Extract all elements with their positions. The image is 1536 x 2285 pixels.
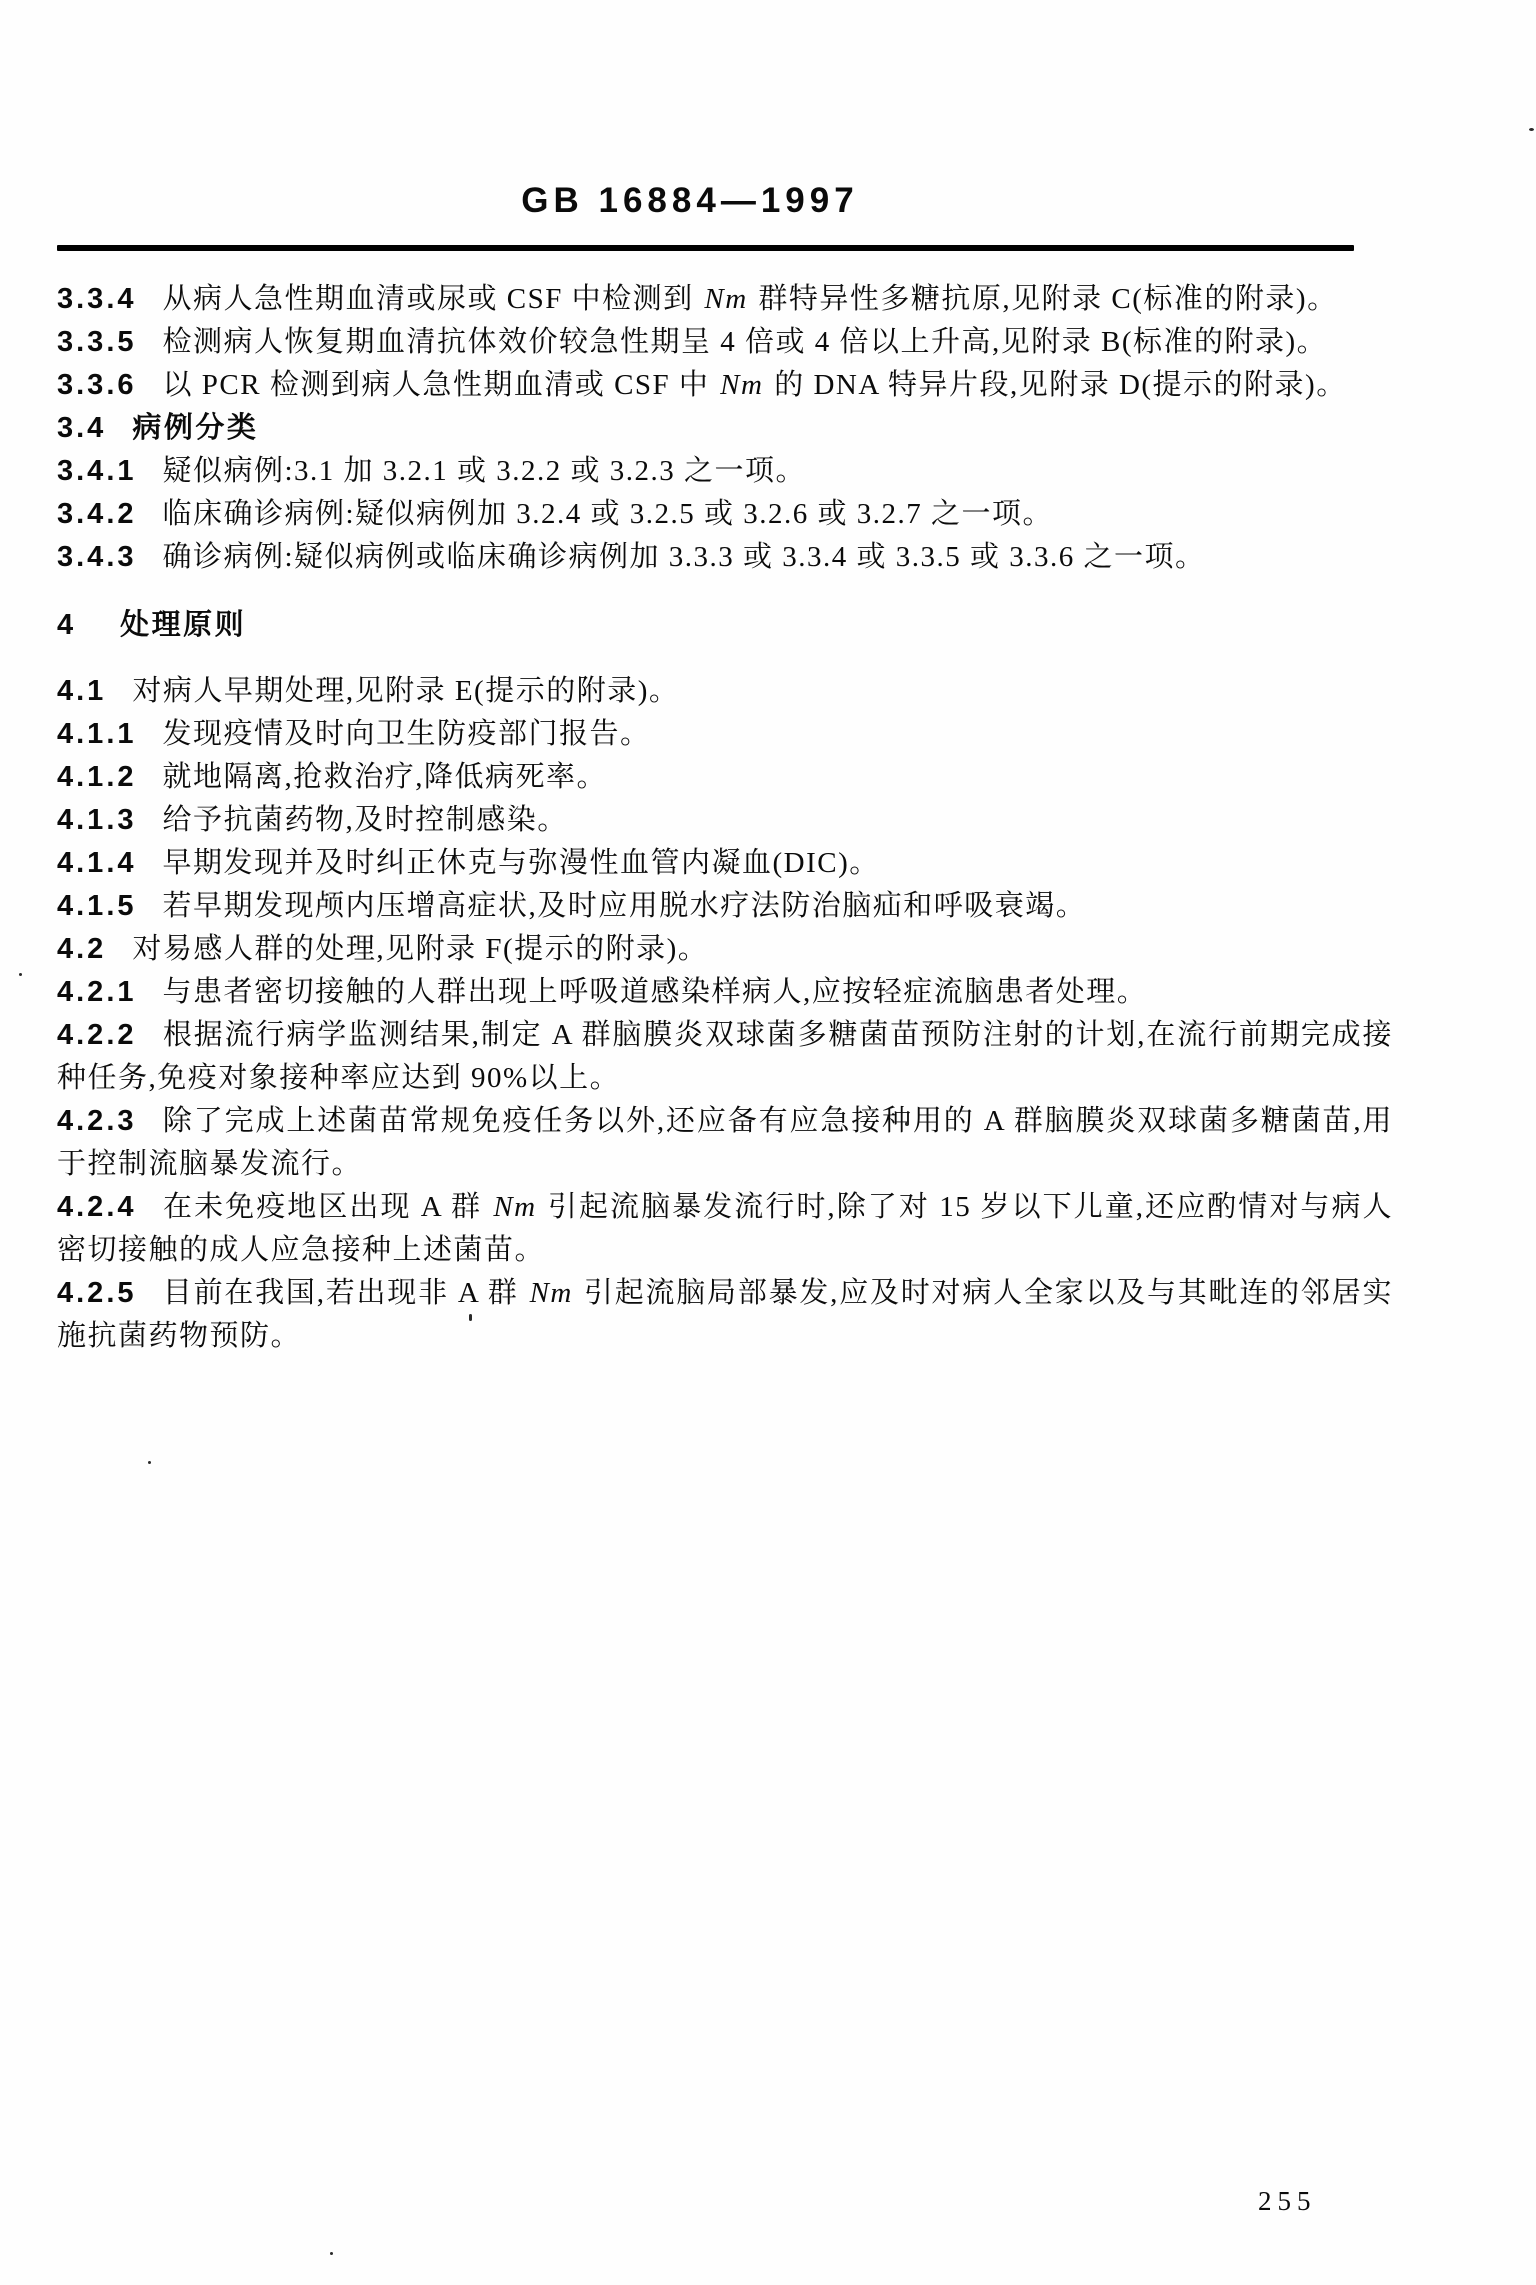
clause-text: 目前在我国,若出现非 A 群 Nm 引起流脑局部暴发,应及时对病人全家以及与其毗… (57, 1277, 1393, 1352)
clause-number: 3.4.1 (57, 455, 137, 487)
clause-3-4-1: 3.4.1疑似病例:3.1 加 3.2.1 或 3.2.2 或 3.2.3 之一… (57, 450, 1393, 493)
clause-text: 临床确诊病例:疑似病例加 3.2.4 或 3.2.5 或 3.2.6 或 3.2… (163, 498, 1054, 530)
clause-3-4-2: 3.4.2临床确诊病例:疑似病例加 3.2.4 或 3.2.5 或 3.2.6 … (57, 493, 1393, 536)
clause-text: 根据流行病学监测结果,制定 A 群脑膜炎双球菌多糖菌苗预防注射的计划,在流行前期… (57, 1019, 1393, 1094)
clause-text: 早期发现并及时纠正休克与弥漫性血管内凝血(DIC)。 (163, 847, 880, 879)
clause-text: 除了完成上述菌苗常规免疫任务以外,还应备有应急接种用的 A 群脑膜炎双球菌多糖菌… (57, 1105, 1393, 1180)
clause-number: 3.3.5 (57, 326, 137, 358)
page-number: 255 (1258, 2186, 1317, 2217)
clause-number: 3.4 (57, 412, 106, 444)
clause-number: 4.2.5 (57, 1277, 137, 1309)
clause-text: 给予抗菌药物,及时控制感染。 (163, 804, 568, 836)
clause-text: 检测病人恢复期血清抗体效价较急性期呈 4 倍或 4 倍以上升高,见附录 B(标准… (163, 326, 1328, 358)
clause-text: 若早期发现颅内压增高症状,及时应用脱水疗法防治脑疝和呼吸衰竭。 (163, 890, 1087, 922)
clause-3-4-3: 3.4.3确诊病例:疑似病例或临床确诊病例加 3.3.3 或 3.3.4 或 3… (57, 536, 1393, 579)
clause-number: 4.1.4 (57, 847, 137, 879)
scan-speck (148, 1461, 151, 1464)
clause-text: 疑似病例:3.1 加 3.2.1 或 3.2.2 或 3.2.3 之一项。 (163, 455, 807, 487)
scan-speck (905, 1122, 909, 1126)
clause-4-2-3: 4.2.3除了完成上述菌苗常规免疫任务以外,还应备有应急接种用的 A 群脑膜炎双… (57, 1100, 1393, 1186)
clause-text: 确诊病例:疑似病例或临床确诊病例加 3.3.3 或 3.3.4 或 3.3.5 … (163, 541, 1206, 573)
clause-4-1-3: 4.1.3给予抗菌药物,及时控制感染。 (57, 799, 1393, 842)
clause-4-2-5: 4.2.5目前在我国,若出现非 A 群 Nm 引起流脑局部暴发,应及时对病人全家… (57, 1272, 1393, 1358)
clause-3-4-heading: 3.4病例分类 (57, 407, 1393, 450)
clause-3-3-4: 3.3.4从病人急性期血清或尿或 CSF 中检测到 Nm 群特异性多糖抗原,见附… (57, 278, 1393, 321)
clause-number: 4.1.3 (57, 804, 137, 836)
clause-4-1-1: 4.1.1发现疫情及时向卫生防疫部门报告。 (57, 713, 1393, 756)
clause-number: 4.2.3 (57, 1105, 137, 1137)
clause-number: 3.3.6 (57, 369, 137, 401)
clause-4-1-2: 4.1.2就地隔离,抢救治疗,降低病死率。 (57, 756, 1393, 799)
scan-speck (469, 1314, 472, 1321)
clause-text: 病例分类 (132, 412, 258, 444)
header-rule (57, 245, 1354, 251)
clause-number: 4.2.2 (57, 1019, 137, 1051)
clause-number: 3.4.3 (57, 541, 137, 573)
scan-speck (1529, 128, 1534, 131)
clause-4-2: 4.2对易感人群的处理,见附录 F(提示的附录)。 (57, 928, 1393, 971)
clause-text: 对易感人群的处理,见附录 F(提示的附录)。 (132, 933, 708, 965)
clause-3-3-6: 3.3.6以 PCR 检测到病人急性期血清或 CSF 中 Nm 的 DNA 特异… (57, 364, 1393, 407)
clause-4-1: 4.1对病人早期处理,见附录 E(提示的附录)。 (57, 670, 1393, 713)
scan-speck (330, 2252, 333, 2255)
clause-number: 4.2 (57, 933, 106, 965)
clause-number: 4.1 (57, 675, 106, 707)
clause-number: 4.1.2 (57, 761, 137, 793)
document-body: 3.3.4从病人急性期血清或尿或 CSF 中检测到 Nm 群特异性多糖抗原,见附… (57, 278, 1393, 1358)
clause-text: 在未免疫地区出现 A 群 Nm 引起流脑暴发流行时,除了对 15 岁以下儿童,还… (57, 1191, 1393, 1266)
clause-4-2-1: 4.2.1与患者密切接触的人群出现上呼吸道感染样病人,应按轻症流脑患者处理。 (57, 971, 1393, 1014)
standard-number: GB 16884—1997 (40, 181, 1340, 221)
clause-text: 就地隔离,抢救治疗,降低病死率。 (163, 761, 608, 793)
clause-number: 4.1.1 (57, 718, 137, 750)
clause-text: 从病人急性期血清或尿或 CSF 中检测到 Nm 群特异性多糖抗原,见附录 C(标… (163, 283, 1338, 315)
document-page: GB 16884—1997 3.3.4从病人急性期血清或尿或 CSF 中检测到 … (0, 0, 1536, 2285)
clause-number: 3.3.4 (57, 283, 137, 315)
clause-4-1-5: 4.1.5若早期发现颅内压增高症状,及时应用脱水疗法防治脑疝和呼吸衰竭。 (57, 885, 1393, 928)
clause-3-3-5: 3.3.5检测病人恢复期血清抗体效价较急性期呈 4 倍或 4 倍以上升高,见附录… (57, 321, 1393, 364)
clause-4-2-2: 4.2.2根据流行病学监测结果,制定 A 群脑膜炎双球菌多糖菌苗预防注射的计划,… (57, 1014, 1393, 1100)
clause-text: 对病人早期处理,见附录 E(提示的附录)。 (132, 675, 679, 707)
scan-speck (19, 973, 22, 976)
clause-number: 4.2.1 (57, 976, 137, 1008)
clause-text: 发现疫情及时向卫生防疫部门报告。 (163, 718, 651, 750)
clause-text: 与患者密切接触的人群出现上呼吸道感染样病人,应按轻症流脑患者处理。 (163, 976, 1148, 1008)
clause-number: 4 (57, 609, 76, 641)
clause-number: 4.2.4 (57, 1191, 137, 1223)
clause-number: 4.1.5 (57, 890, 137, 922)
clause-text: 以 PCR 检测到病人急性期血清或 CSF 中 Nm 的 DNA 特异片段,见附… (163, 369, 1347, 401)
clause-number: 3.4.2 (57, 498, 137, 530)
clause-4-heading: 4处理原则 (57, 604, 1393, 647)
clause-4-1-4: 4.1.4早期发现并及时纠正休克与弥漫性血管内凝血(DIC)。 (57, 842, 1393, 885)
clause-text: 处理原则 (120, 609, 246, 641)
clause-4-2-4: 4.2.4在未免疫地区出现 A 群 Nm 引起流脑暴发流行时,除了对 15 岁以… (57, 1186, 1393, 1272)
